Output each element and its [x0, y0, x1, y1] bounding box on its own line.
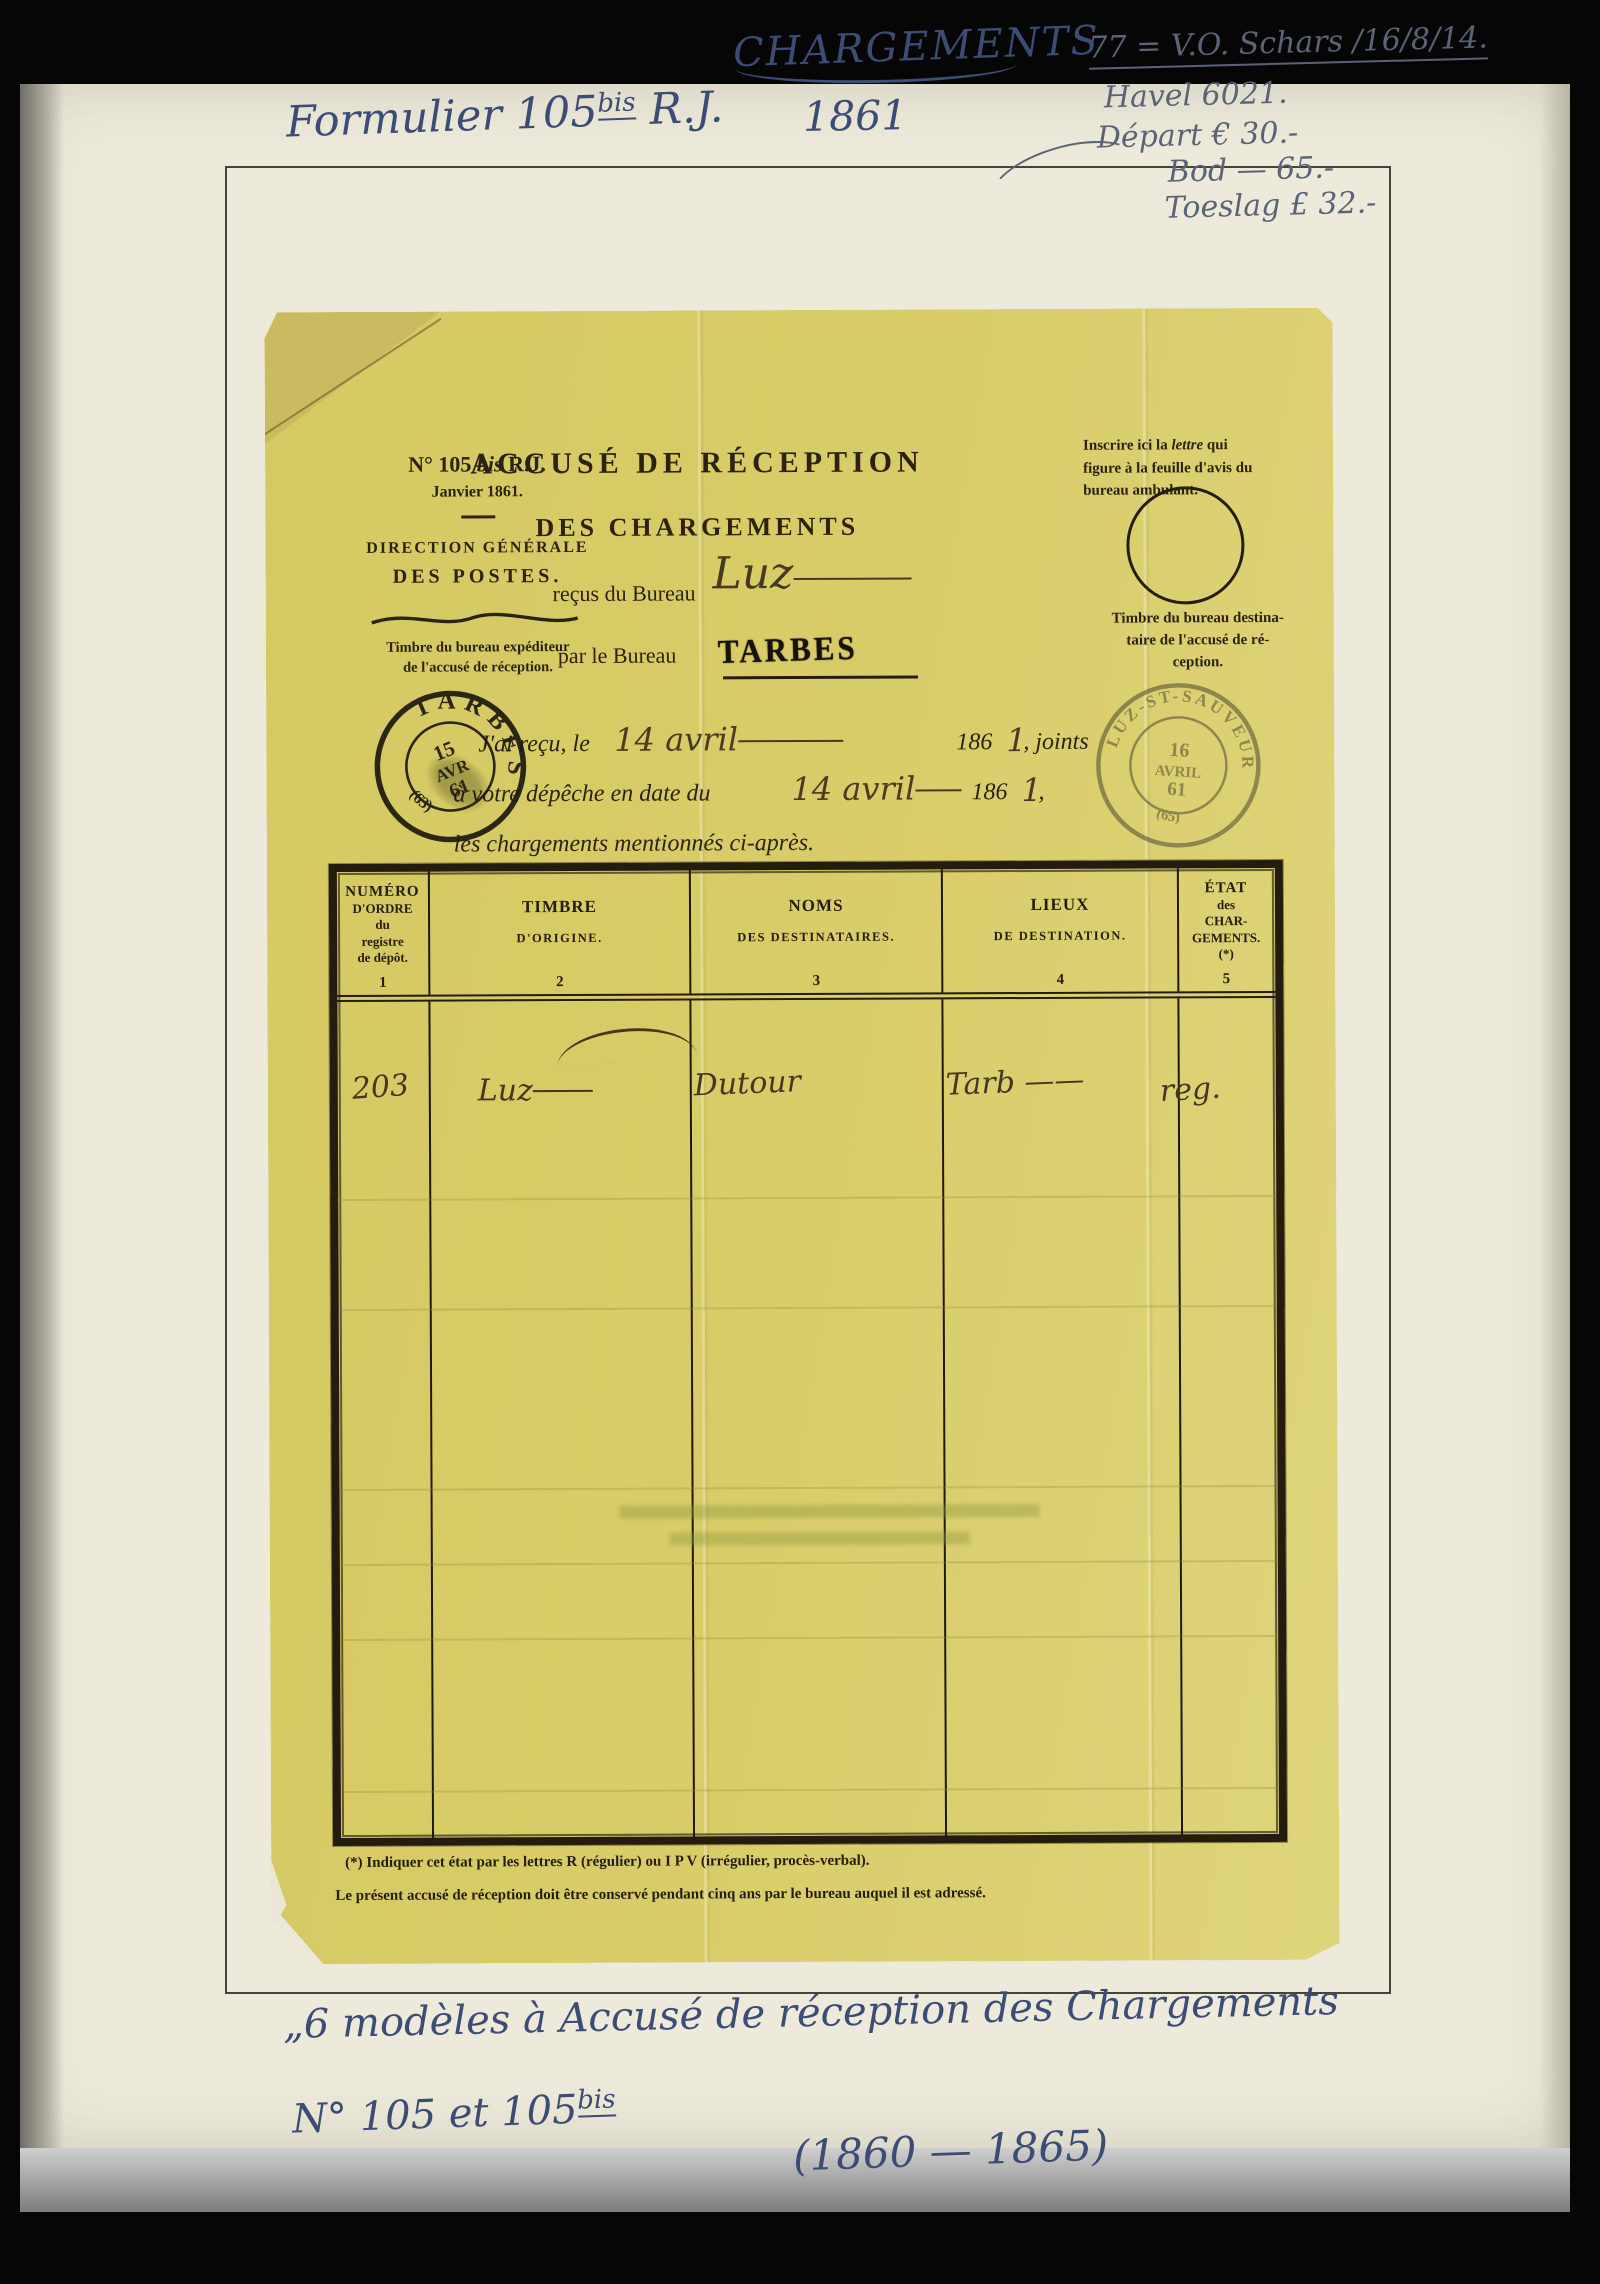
- table-body: 203 Luz Dutour Tarb —— reg.: [337, 998, 1279, 1840]
- row-destinataire: Dutour: [693, 1064, 801, 1103]
- svg-text:(63): (63): [404, 784, 438, 816]
- form-title-line2: DES CHARGEMENTS: [417, 511, 977, 543]
- pencil-note: Havel 6021.: [1103, 79, 1287, 114]
- column-header-lieux: LIEUX DE DESTINATION. 4: [943, 868, 1180, 992]
- pencil-note: 77 = V.O. Schars /16/8/14.: [1088, 23, 1488, 69]
- column-header-etat: ÉTAT des CHAR- GEMENTS. (*) 5: [1179, 868, 1274, 991]
- instruction-text: qui: [1203, 437, 1228, 453]
- column-divider: [1177, 998, 1183, 1836]
- ghost-print: [670, 1531, 970, 1545]
- annotation-numbers-sup: bis: [577, 2084, 616, 2117]
- body-line1-year-printed: 186: [956, 729, 992, 756]
- form-title-line1: ACCUSÉ DE RÉCEPTION: [417, 445, 977, 481]
- ghost-rule: [338, 1195, 1276, 1201]
- short-horizontal-rule: [723, 675, 918, 679]
- pencil-note: Départ € 30.-: [1097, 118, 1299, 153]
- postmark-tarbes: TARBES (63) 15 AVR 61: [362, 678, 539, 855]
- chargements-table: NUMÉRO D'ORDRE du registre de dépôt. 1 T…: [329, 860, 1287, 1846]
- ghost-rule: [339, 1305, 1277, 1311]
- body-line2-date-handwritten: 14 avril: [791, 769, 961, 808]
- received-from-label: reçus du Bureau: [553, 580, 696, 607]
- body-line1-date-handwritten: 14 avril: [614, 720, 843, 759]
- row-origin: Luz: [478, 1073, 593, 1109]
- column-divider: [689, 1000, 695, 1838]
- body-line2-year-printed: 186: [971, 779, 1007, 806]
- page-edge-shadow-left: [20, 84, 64, 2148]
- footnote-1: (*) Indiquer cet état par les lettres R …: [345, 1853, 869, 1872]
- body-line2-comma: ,: [1038, 779, 1044, 806]
- row-destination: Tarb ——: [945, 1062, 1085, 1102]
- postmark-dept: (63): [404, 784, 438, 816]
- column-header-noms: NOMS DES DESTINATAIRES. 3: [691, 869, 944, 993]
- pencil-note: Toeslag £ 32.-: [1164, 188, 1376, 224]
- ghost-rule: [340, 1485, 1278, 1491]
- destination-stamp-caption: Timbre du bureau destina- taire de l'acc…: [1078, 608, 1318, 674]
- annotation-formulier-ref: R.J.: [635, 82, 724, 135]
- bureau-origin-name: Luz: [712, 548, 793, 599]
- row-etat: reg.: [1159, 1071, 1222, 1109]
- destination-caption-line2: taire de l'accusé de ré-: [1078, 629, 1318, 652]
- corner-fold: [264, 312, 441, 445]
- column-header-numero: NUMÉRO D'ORDRE du registre de dépôt. 1: [337, 872, 431, 995]
- postmark-luz-st-sauveur: LUZ-ST-SAUVEUR (65) 16 AVRIL 61: [1083, 670, 1274, 861]
- received-date: 14 avril: [614, 720, 738, 759]
- pen-flourish: [793, 578, 911, 581]
- postmark-day: 16: [1169, 739, 1190, 762]
- body-line1-joints: , joints: [1023, 729, 1088, 756]
- form-edition-date: Janvier 1861.: [377, 483, 577, 502]
- table-header-row: NUMÉRO D'ORDRE du registre de dépôt. 1 T…: [337, 868, 1276, 1002]
- bureau-name-handstamp: TARBES: [717, 628, 858, 671]
- received-from-handwritten: Luz: [712, 548, 911, 600]
- ghost-print: [620, 1504, 1040, 1519]
- ghost-rule: [340, 1560, 1278, 1566]
- photographed-album-page: CHARGEMENTS Formulier 105bis R.J. 1861 7…: [0, 0, 1600, 2284]
- postal-form-document: N° 105 bis R.J. Janvier 1861. DIRECTION …: [264, 308, 1339, 1965]
- column-divider: [428, 1002, 434, 1840]
- footnote-2: Le présent accusé de réception doit être…: [335, 1885, 986, 1905]
- page-edge-shadow-right: [1540, 84, 1570, 2148]
- ghost-rule: [340, 1635, 1278, 1641]
- instruction-line2: figure à la feuille d'avis du: [1083, 456, 1333, 480]
- instruction-line1: Inscrire ici la lettre qui: [1083, 434, 1333, 458]
- instruction-text: Inscrire ici la: [1083, 437, 1172, 453]
- ghost-rule: [341, 1787, 1279, 1793]
- annotation-year: 1861: [803, 91, 908, 141]
- column-divider: [941, 999, 947, 1837]
- annotation-underline: [735, 64, 1017, 86]
- postmark-year: 61: [1167, 779, 1187, 801]
- flourish-ornament: [366, 607, 586, 632]
- by-bureau-label: par le Bureau: [558, 643, 677, 670]
- dispatch-date: 14 avril: [791, 770, 915, 809]
- letter-entry-circle: [1126, 486, 1245, 605]
- destination-caption-line1: Timbre du bureau destina-: [1078, 608, 1318, 631]
- annotation-formulier-sup: bis: [597, 87, 636, 120]
- instruction-italic-word: lettre: [1171, 437, 1203, 453]
- pen-flourish: [554, 1022, 696, 1068]
- column-header-timbre: TIMBRE D'ORIGINE. 2: [430, 870, 692, 994]
- row-order-number: 203: [351, 1068, 411, 1107]
- pencil-note: Bod — 65.-: [1167, 153, 1334, 187]
